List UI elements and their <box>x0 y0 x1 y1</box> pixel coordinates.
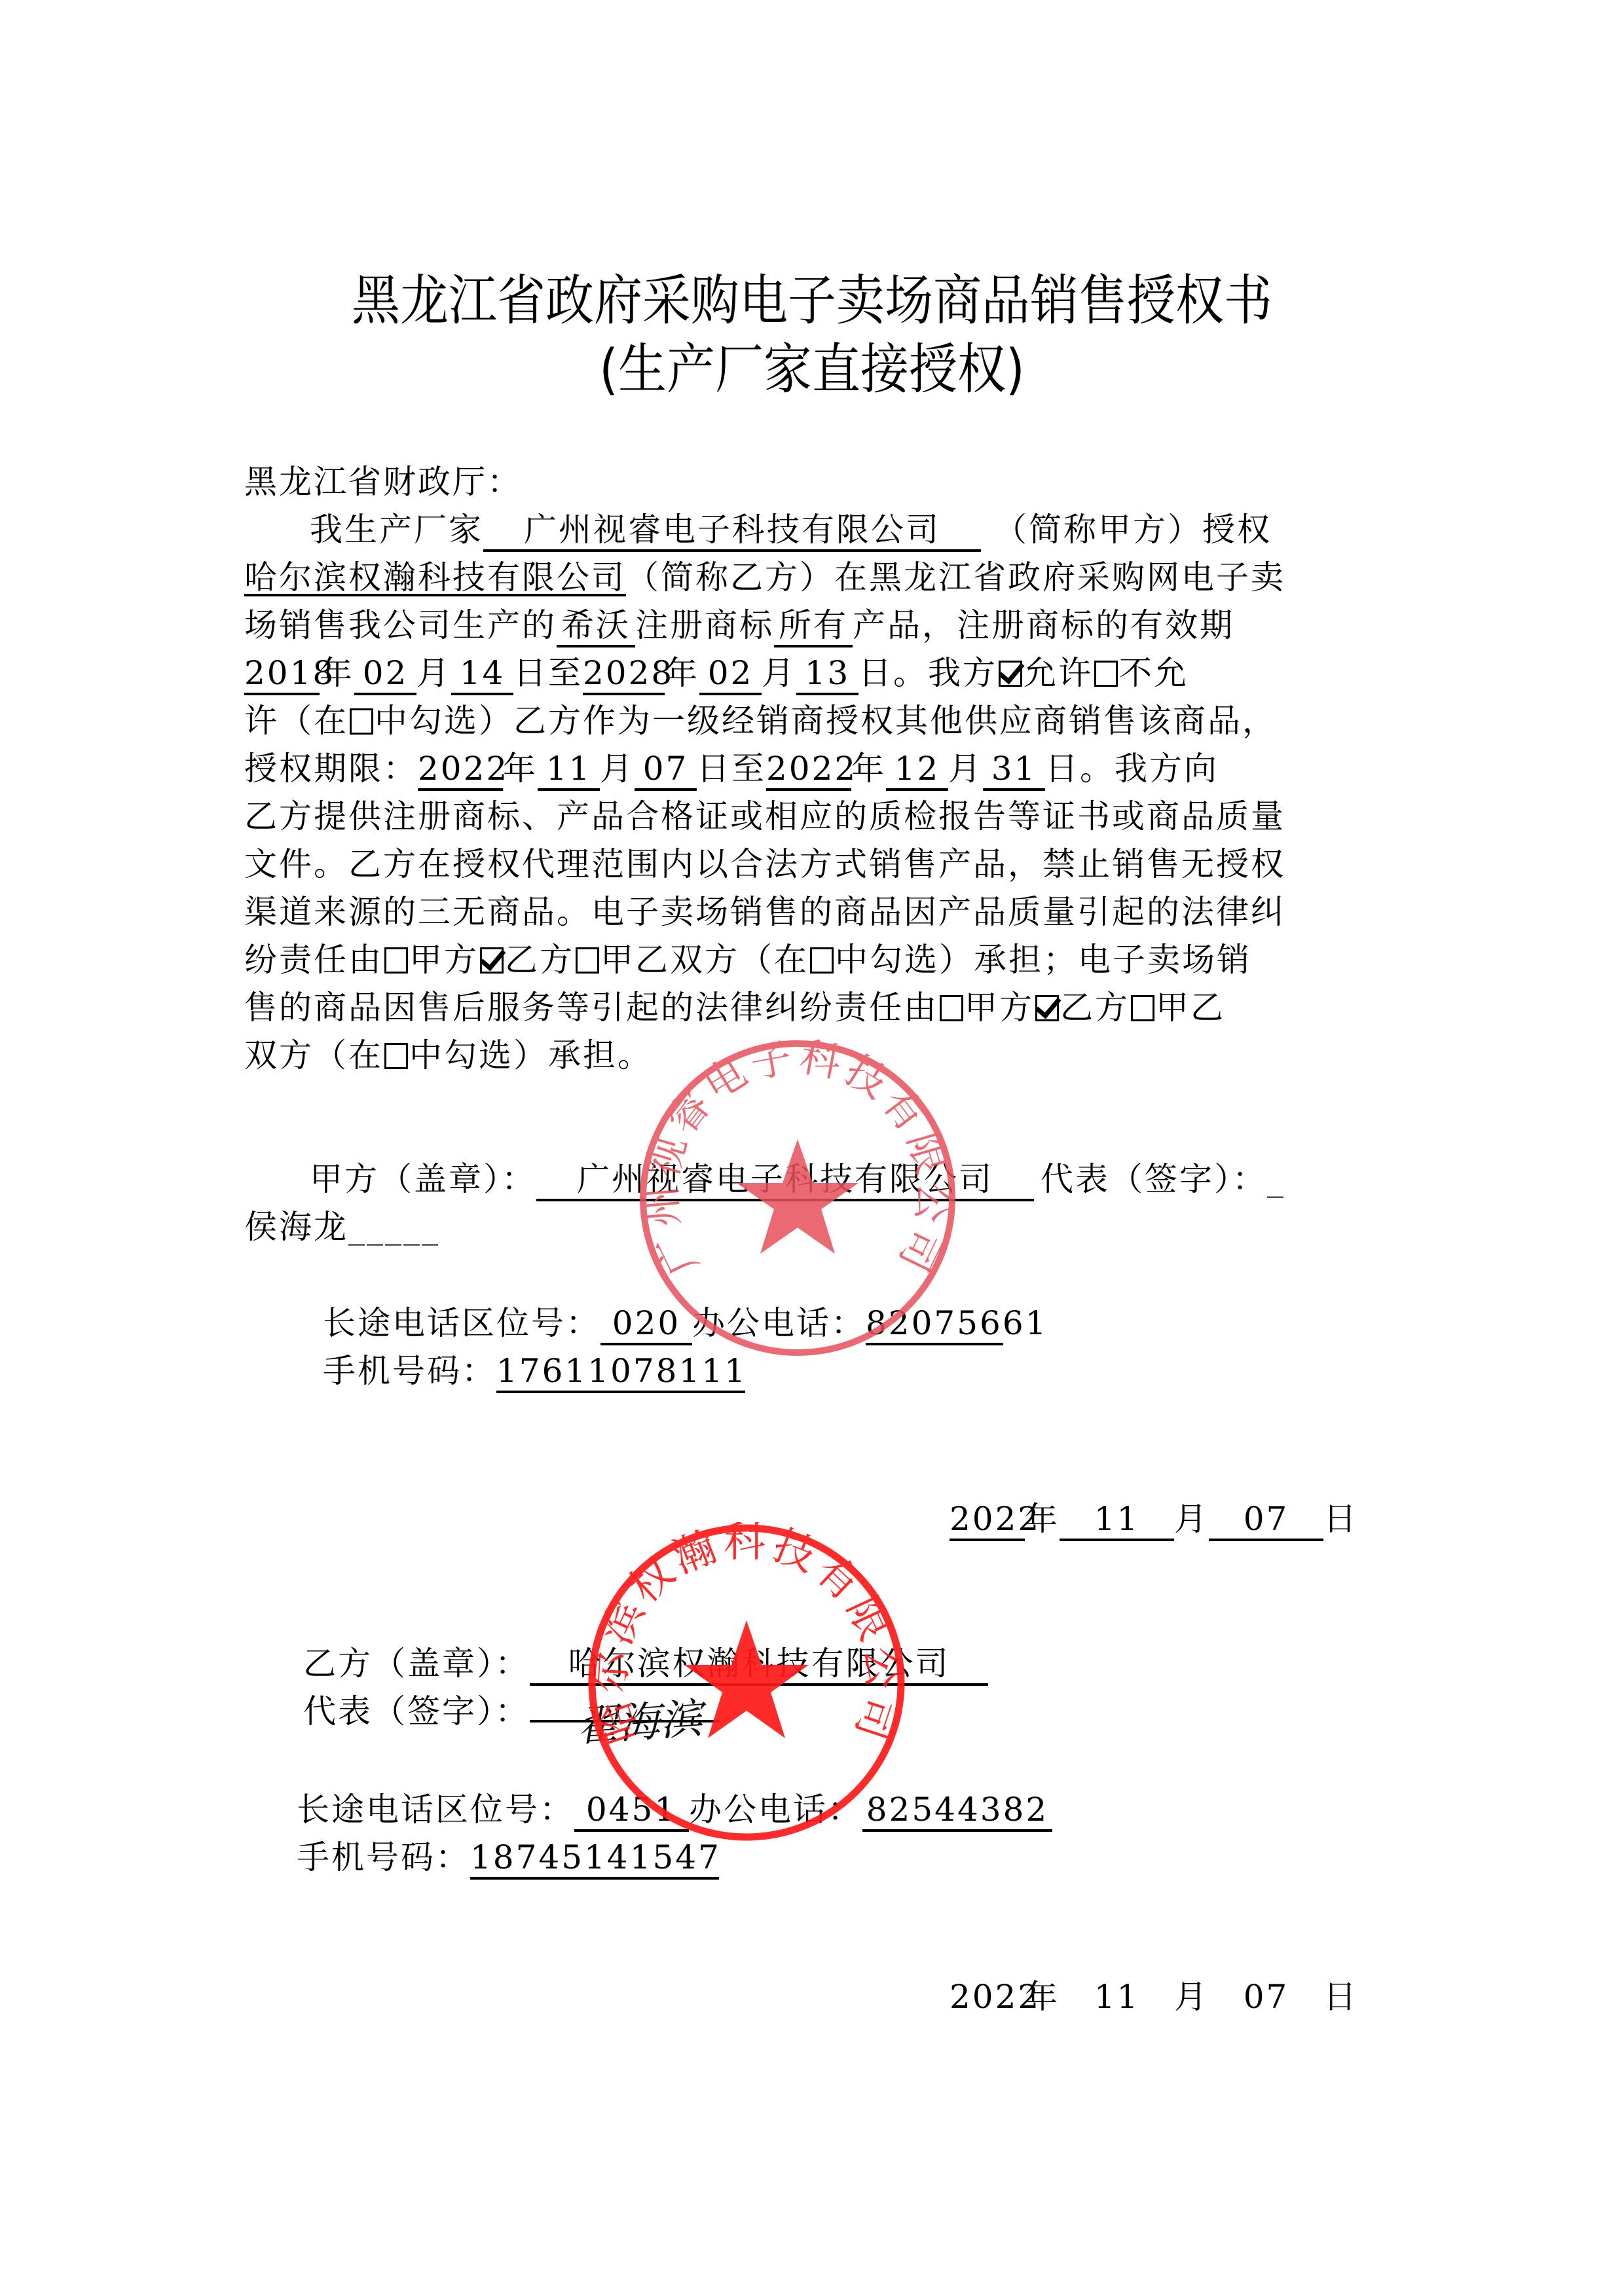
auth-from-month: 11 <box>538 749 600 791</box>
body-line-3: 场销售我公司生产的希沃注册商标所有产品，注册商标的有效期 <box>244 602 1367 649</box>
distributor-field: 哈尔滨权瀚科技有限公司 <box>244 558 626 596</box>
text: 甲方 <box>965 989 1034 1027</box>
party-b-seal-line: 乙方（盖章）：哈尔滨权瀚科技有限公司 <box>303 1640 1426 1688</box>
party-b-signature: 翟海滨 <box>574 1685 704 1753</box>
text: 授权期限： <box>244 750 418 788</box>
text: （简称甲方）授权 <box>994 511 1272 549</box>
tm-from-year: 2018 <box>244 653 320 695</box>
body-line-5: 许（在中勾选）乙方作为一级经销商授权其他供应商销售该商品， <box>244 697 1367 745</box>
text: 双方（在 <box>244 1036 383 1074</box>
label: 乙方（盖章）： <box>303 1645 530 1683</box>
text: 日 <box>1323 1500 1358 1538</box>
label: 代表（签字）： <box>303 1692 530 1730</box>
body-line-7: 乙方提供注册商标、产品合格证或相应的质检报告等证书或商品质量 <box>244 793 1367 841</box>
party-b-date: 2022年11月07日 <box>950 1971 1358 2019</box>
service-liability-both-checkbox[interactable] <box>1131 995 1154 1021</box>
manufacturer-field: 广州视睿电子科技有限公司 <box>483 510 981 552</box>
text: 售的商品因售后服务等引起的法律纠纷责任由 <box>244 989 938 1027</box>
text: 注册商标 <box>635 606 774 644</box>
brand-field: 希沃 <box>557 606 635 647</box>
body-line-8: 文件。乙方在授权代理范围内以合法方式销售产品，禁止销售无授权 <box>244 841 1367 888</box>
document-title: 黑龙江省政府采购电子卖场商品销售授权书 <box>0 258 1624 336</box>
text: 月 <box>600 750 635 788</box>
party-a-seal-line: 甲方（盖章）：广州视睿电子科技有限公司代表（签字）：_ <box>244 1156 1367 1203</box>
text: 允许 <box>1024 654 1093 692</box>
quality-liability-b-checkbox[interactable] <box>480 947 504 974</box>
tm-from-day: 14 <box>451 653 513 695</box>
tm-from-month: 02 <box>354 653 416 695</box>
label: 长途电话区位号： <box>297 1791 574 1829</box>
document-subtitle: (生产厂家直接授权) <box>0 327 1624 405</box>
party-a-mobile: 17611078111 <box>496 1351 745 1393</box>
body-line-12: 双方（在中勾选）承担。 <box>244 1032 1367 1080</box>
text: 场销售我公司生产的 <box>244 606 557 644</box>
body-line-9: 渠道来源的三无商品。电子卖场销售的商品因产品质量引起的法律纠 <box>244 888 1367 936</box>
date-year: 2022 <box>950 1977 1025 2019</box>
checkbox-placeholder-icon <box>810 947 834 974</box>
party-b-mobile-line: 手机号码：18745141547 <box>297 1834 1420 1882</box>
addressee: 黑龙江省财政厅： <box>244 458 1367 506</box>
text: 甲方 <box>409 941 479 979</box>
party-a-rep-line: 侯海龙_____ <box>244 1203 1367 1251</box>
service-liability-b-checkbox[interactable] <box>1035 995 1059 1021</box>
label: 手机号码： <box>297 1838 470 1876</box>
body-line-10: 纷责任由甲方乙方甲乙双方（在中勾选）承担；电子卖场销 <box>244 936 1367 984</box>
date-year: 2022 <box>950 1499 1025 1541</box>
auth-to-day: 31 <box>983 749 1045 791</box>
party-a-office-phone: 82075661 <box>866 1303 1003 1345</box>
text: 年 <box>665 654 699 692</box>
party-a-date: 2022年11月07日 <box>950 1493 1358 1541</box>
text: 纷责任由 <box>244 941 383 979</box>
quality-liability-a-checkbox[interactable] <box>384 947 408 974</box>
text: 年 <box>851 750 886 788</box>
text: 月 <box>1174 1978 1209 2016</box>
text: 日。我方 <box>858 654 997 692</box>
auth-to-year: 2022 <box>766 749 851 791</box>
text: 乙方 <box>1060 989 1130 1027</box>
label: 甲方（盖章）： <box>244 1160 536 1198</box>
label: 手机号码： <box>244 1352 496 1390</box>
body-line-1: 我生产厂家广州视睿电子科技有限公司（简称甲方）授权 <box>244 506 1367 554</box>
text: 乙方 <box>505 941 574 979</box>
date-month: 11 <box>1060 1977 1174 2019</box>
product-scope-field: 所有 <box>774 606 853 647</box>
label: 长途电话区位号： <box>244 1304 600 1342</box>
date-day: 07 <box>1209 1499 1323 1541</box>
text: （简称乙方）在黑龙江省政府采购网电子卖 <box>626 558 1285 596</box>
auth-to-month: 12 <box>886 749 948 791</box>
body-line-4: 2018年02月14日至2028年02月13日。我方允许不允 <box>244 649 1367 697</box>
disallow-checkbox[interactable] <box>1094 661 1118 687</box>
party-b-phone-line: 长途电话区位号：0451办公电话：82544382 <box>297 1786 1420 1834</box>
tm-to-day: 13 <box>796 653 858 695</box>
service-liability-a-checkbox[interactable] <box>940 995 963 1021</box>
party-a-mobile-line: 手机号码：17611078111 <box>244 1347 1367 1395</box>
text: 日至 <box>697 750 766 788</box>
party-a-area-code: 020 <box>600 1303 692 1345</box>
checkbox-placeholder-icon <box>384 1043 408 1069</box>
auth-from-year: 2022 <box>418 749 503 791</box>
label: 代表（签字）： <box>1041 1160 1267 1198</box>
text: 不允 <box>1119 654 1189 692</box>
text: 月 <box>416 654 451 692</box>
text: 年 <box>1025 1500 1060 1538</box>
body-line-11: 售的商品因售后服务等引起的法律纠纷责任由甲方乙方甲乙 <box>244 984 1367 1032</box>
text: 中勾选）承担；电子卖场销 <box>835 941 1251 979</box>
text: 许（在 <box>244 702 348 740</box>
text: 日至 <box>513 654 583 692</box>
body-line-2: 哈尔滨权瀚科技有限公司（简称乙方）在黑龙江省政府采购网电子卖 <box>244 554 1367 602</box>
date-day: 07 <box>1209 1977 1323 2019</box>
label: 办公电话： <box>692 1304 866 1342</box>
text: 年 <box>503 750 538 788</box>
party-a-rep-name: 侯海龙 <box>244 1208 348 1246</box>
date-month: 11 <box>1060 1499 1174 1541</box>
text: 中勾选）承担。 <box>409 1036 652 1074</box>
text: 我生产厂家 <box>244 511 483 549</box>
text: 日 <box>1323 1978 1358 2016</box>
text: 月 <box>1174 1500 1209 1538</box>
text: 月 <box>762 654 796 692</box>
text: 产品，注册商标的有效期 <box>853 606 1234 644</box>
checkbox-placeholder-icon <box>350 708 373 735</box>
party-a-company: 广州视睿电子科技有限公司 <box>536 1159 1034 1201</box>
party-a-phone-line: 长途电话区位号：020办公电话：82075661 <box>244 1300 1367 1347</box>
party-b-area-code: 0451 <box>574 1790 689 1832</box>
body-line-6: 授权期限：2022年11月07日至2022年12月31日。我方向 <box>244 745 1367 793</box>
label: 办公电话： <box>689 1791 862 1829</box>
quality-liability-both-checkbox[interactable] <box>576 947 599 974</box>
text: 日。我方向 <box>1045 750 1219 788</box>
text: 月 <box>948 750 983 788</box>
tm-to-month: 02 <box>699 653 762 695</box>
party-b-rep-line: 代表（签字）： <box>303 1688 1426 1736</box>
party-b-company: 哈尔滨权瀚科技有限公司 <box>530 1644 988 1686</box>
text: 年 <box>320 654 354 692</box>
tm-to-year: 2028 <box>583 653 665 695</box>
auth-from-day: 07 <box>635 749 697 791</box>
party-b-office-phone: 82544382 <box>862 1790 1052 1832</box>
party-b-mobile: 18745141547 <box>470 1838 719 1880</box>
text: （在 <box>739 941 809 979</box>
text: 甲乙双方 <box>600 941 739 979</box>
text: 中勾选）乙方作为一级经销商授权其他供应商销售该商品， <box>375 702 1277 740</box>
text: 甲乙 <box>1156 989 1225 1027</box>
text: 年 <box>1025 1978 1060 2016</box>
allow-checkbox[interactable] <box>999 661 1022 687</box>
